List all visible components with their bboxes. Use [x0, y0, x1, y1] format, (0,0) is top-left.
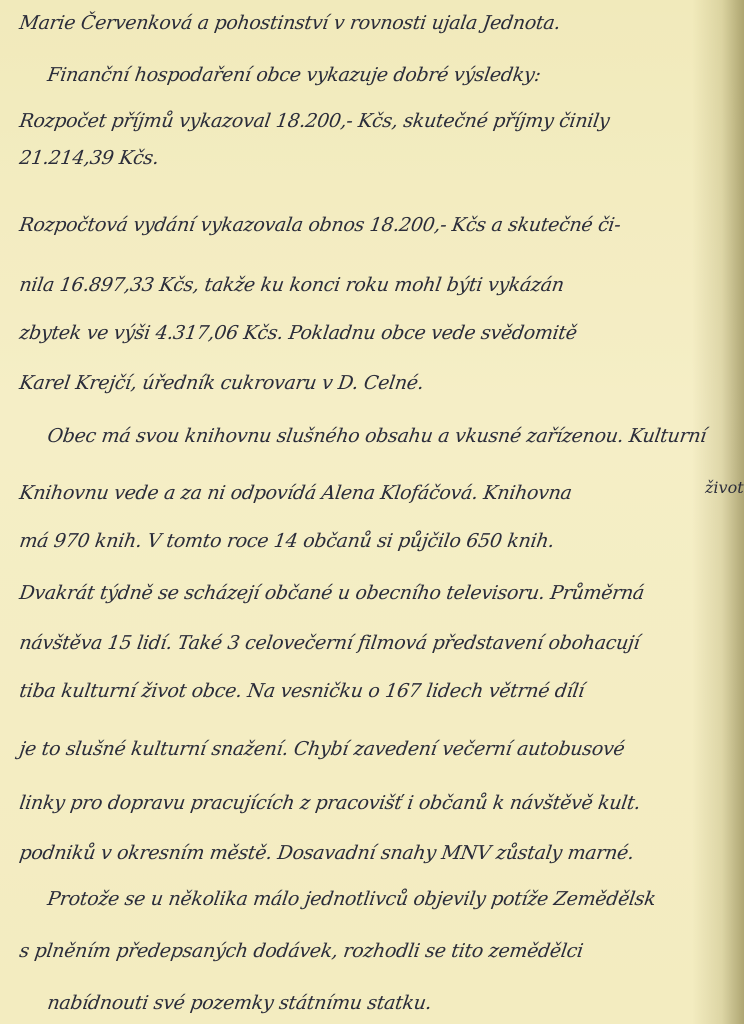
- text-line-9: Obec má svou knihovnu slušného obsahu a …: [46, 425, 708, 447]
- text-line-5: Rozpočtová vydání vykazovala obnos 18.20…: [18, 214, 622, 236]
- text-line-19: s plněním předepsaných dodávek, rozhodli…: [18, 940, 584, 962]
- text-line-10: Knihovnu vede a za ni odpovídá Alena Klo…: [18, 482, 573, 504]
- text-line-1: Marie Červenková a pohostinství v rovnos…: [18, 12, 562, 34]
- margin-note: život: [705, 478, 744, 497]
- text-line-8: Karel Krejčí, úředník cukrovaru v D. Cel…: [18, 372, 425, 394]
- text-line-17: podniků v okresním městě. Dosavadní snah…: [18, 842, 635, 864]
- text-line-13: návštěva 15 lidí. Také 3 celovečerní fil…: [18, 632, 641, 654]
- text-line-18: Protože se u několika málo jednotlivců o…: [46, 888, 657, 910]
- text-line-4: 21.214,39 Kčs.: [18, 147, 160, 169]
- text-line-3: Rozpočet příjmů vykazoval 18.200,- Kčs, …: [18, 110, 611, 132]
- text-line-14: tiba kulturní život obce. Na vesničku o …: [18, 680, 586, 702]
- text-line-12: Dvakrát týdně se scházejí občané u obecn…: [18, 582, 646, 604]
- text-line-2: Finanční hospodaření obce vykazuje dobré…: [46, 64, 542, 86]
- chronicle-page: Marie Červenková a pohostinství v rovnos…: [0, 0, 744, 1024]
- text-line-7: zbytek ve výši 4.317,06 Kčs. Pokladnu ob…: [18, 322, 578, 344]
- text-line-6: nila 16.897,33 Kčs, takže ku konci roku …: [18, 274, 565, 296]
- text-line-11: má 970 knih. V tomto roce 14 občanů si p…: [18, 530, 556, 552]
- text-line-20: nabídnouti své pozemky státnímu statku.: [46, 992, 433, 1014]
- text-line-16: linky pro dopravu pracujících z pracoviš…: [18, 792, 642, 814]
- text-line-15: je to slušné kulturní snažení. Chybí zav…: [18, 738, 626, 760]
